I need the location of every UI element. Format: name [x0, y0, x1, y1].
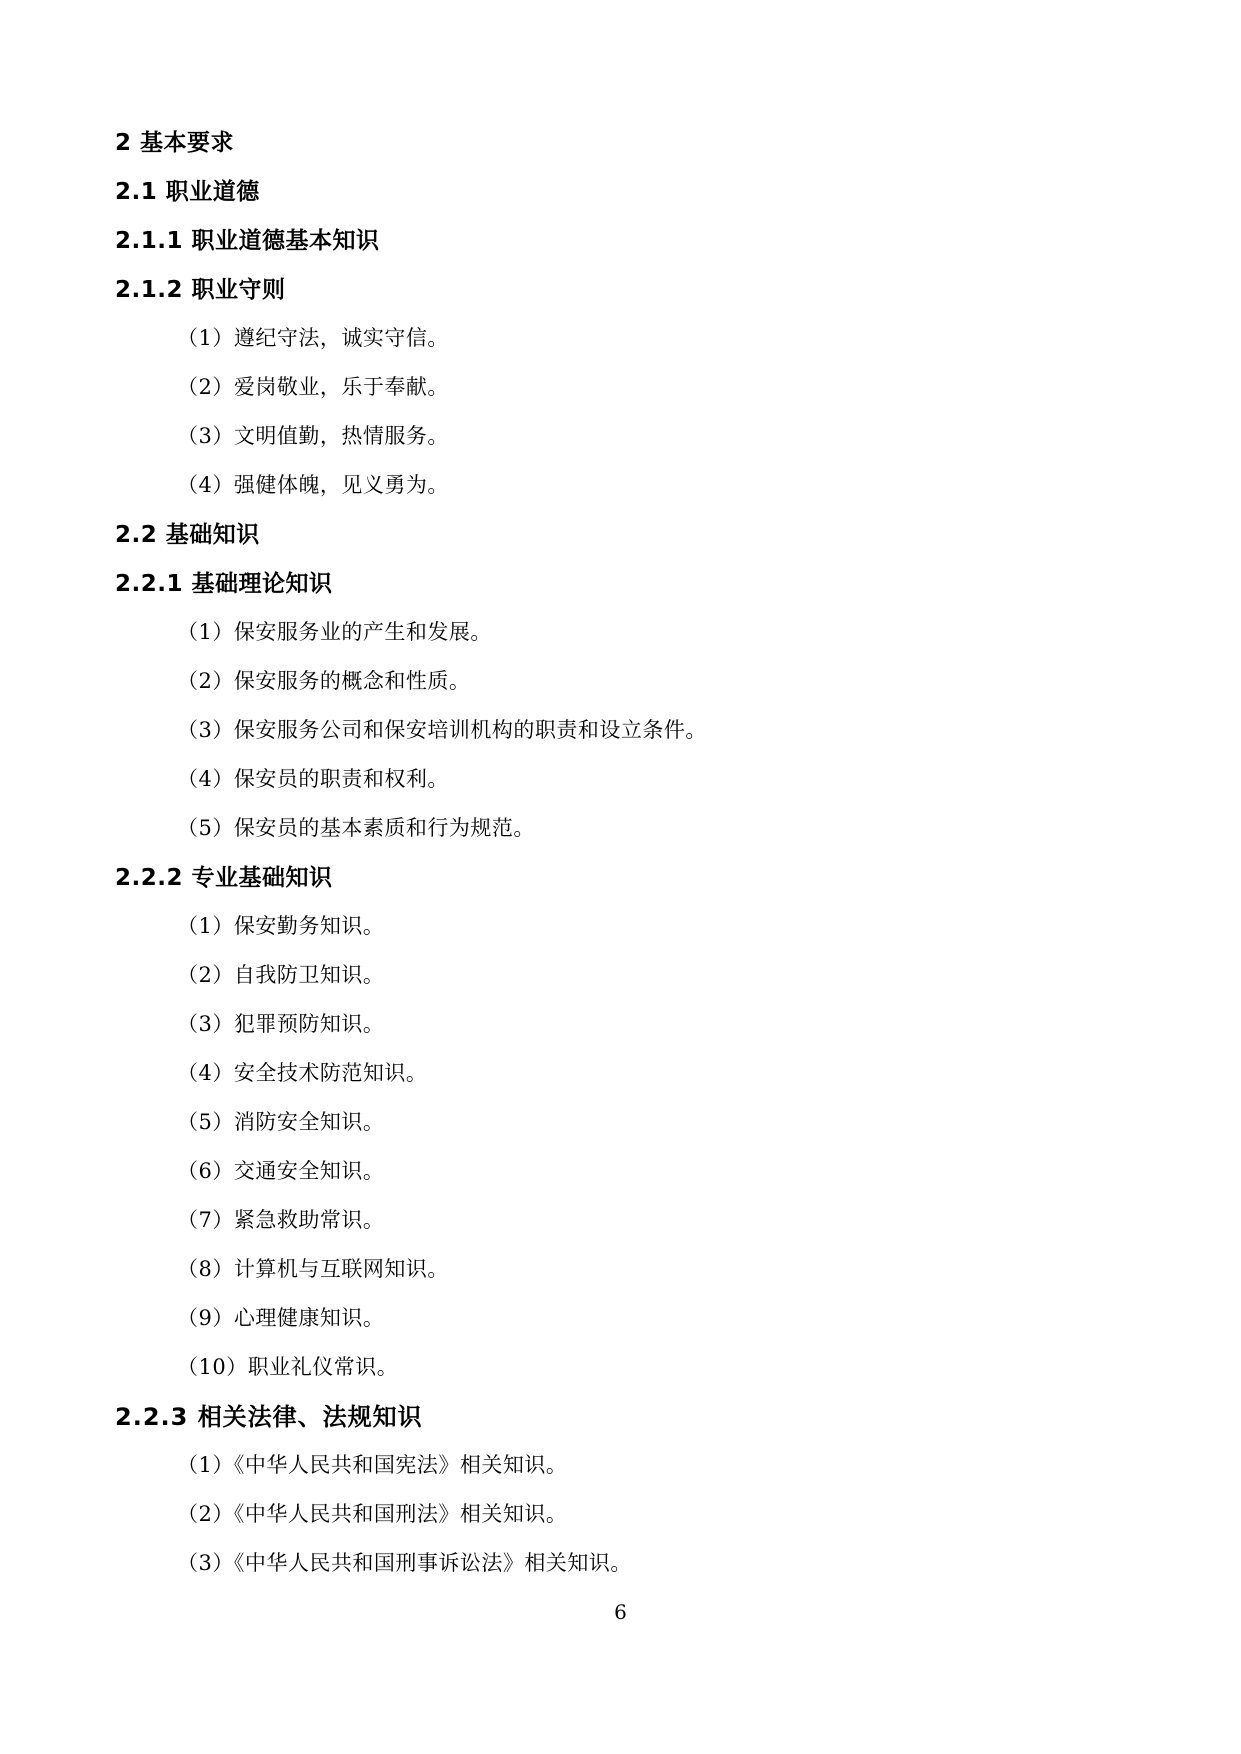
- heading-basic-knowledge: 2.2 基础知识: [115, 508, 1175, 557]
- list-item: （9）心理健康知识。: [115, 1292, 1175, 1341]
- document-content: 2 基本要求 2.1 职业道德 2.1.1 职业道德基本知识 2.1.2 职业守…: [115, 116, 1175, 1586]
- list-item: （7）紧急救助常识。: [115, 1194, 1175, 1243]
- list-item: （1）保安勤务知识。: [115, 900, 1175, 949]
- list-item: （4）强健体魄，见义勇为。: [115, 459, 1175, 508]
- list-item: （8）计算机与互联网知识。: [115, 1243, 1175, 1292]
- heading-ethics-basic-knowledge: 2.1.1 职业道德基本知识: [115, 214, 1175, 263]
- list-item: （2）自我防卫知识。: [115, 949, 1175, 998]
- list-item: （10）职业礼仪常识。: [115, 1341, 1175, 1390]
- list-item: （5）消防安全知识。: [115, 1096, 1175, 1145]
- heading-professional-basic-knowledge: 2.2.2 专业基础知识: [115, 851, 1175, 900]
- list-item: （1）遵纪守法，诚实守信。: [115, 312, 1175, 361]
- heading-basic-requirements: 2 基本要求: [115, 116, 1175, 165]
- heading-professional-ethics: 2.1 职业道德: [115, 165, 1175, 214]
- list-item: （2）《中华人民共和国刑法》相关知识。: [115, 1488, 1175, 1537]
- list-item: （3）《中华人民共和国刑事诉讼法》相关知识。: [115, 1537, 1175, 1586]
- list-item: （3）保安服务公司和保安培训机构的职责和设立条件。: [115, 704, 1175, 753]
- list-item: （6）交通安全知识。: [115, 1145, 1175, 1194]
- list-item: （3）文明值勤，热情服务。: [115, 410, 1175, 459]
- document-page: 2 基本要求 2.1 职业道德 2.1.1 职业道德基本知识 2.1.2 职业守…: [0, 0, 1241, 1754]
- list-item: （5）保安员的基本素质和行为规范。: [115, 802, 1175, 851]
- heading-basic-theory-knowledge: 2.2.1 基础理论知识: [115, 557, 1175, 606]
- list-item: （4）安全技术防范知识。: [115, 1047, 1175, 1096]
- heading-laws-regulations-knowledge: 2.2.3 相关法律、法规知识: [115, 1390, 1175, 1439]
- list-item: （2）爱岗敬业，乐于奉献。: [115, 361, 1175, 410]
- list-item: （3）犯罪预防知识。: [115, 998, 1175, 1047]
- heading-professional-code: 2.1.2 职业守则: [115, 263, 1175, 312]
- list-item: （1）《中华人民共和国宪法》相关知识。: [115, 1439, 1175, 1488]
- page-number: 6: [0, 1600, 1241, 1624]
- list-item: （4）保安员的职责和权利。: [115, 753, 1175, 802]
- list-item: （2）保安服务的概念和性质。: [115, 655, 1175, 704]
- list-item: （1）保安服务业的产生和发展。: [115, 606, 1175, 655]
